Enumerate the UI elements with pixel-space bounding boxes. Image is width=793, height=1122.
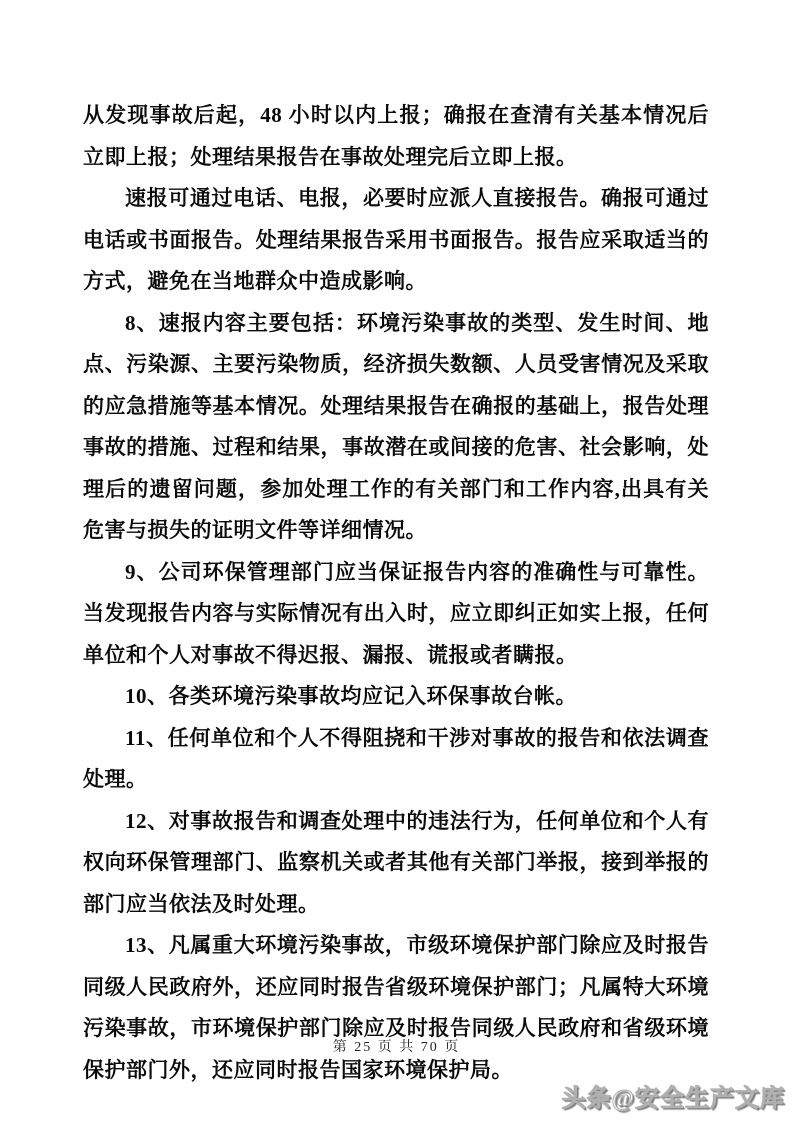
watermark: 头条@安全生产文库 — [562, 1078, 785, 1113]
page-number-footer: 第 25 页 共 70 页 — [0, 1036, 793, 1056]
paragraph-item-10: 10、各类环境污染事故均应记入环保事故台帐。 — [83, 676, 709, 718]
paragraph-item-12: 12、对事故报告和调查处理中的违法行为，任何单位和个人有权向环保管理部门、监察机… — [83, 801, 709, 926]
document-page: 从发现事故后起，48 小时以内上报；确报在查清有关基本情况后立即上报；处理结果报… — [0, 0, 793, 1122]
paragraph-item-9: 9、公司环保管理部门应当保证报告内容的准确性与可靠性。当发现报告内容与实际情况有… — [83, 552, 709, 677]
paragraph-item-11: 11、任何单位和个人不得阻挠和干涉对事故的报告和依法调查处理。 — [83, 718, 709, 801]
paragraph: 速报可通过电话、电报，必要时应派人直接报告。确报可通过电话或书面报告。处理结果报… — [83, 178, 709, 303]
paragraph-continuation: 从发现事故后起，48 小时以内上报；确报在查清有关基本情况后立即上报；处理结果报… — [83, 95, 709, 178]
document-body-text: 从发现事故后起，48 小时以内上报；确报在查清有关基本情况后立即上报；处理结果报… — [83, 95, 709, 1091]
paragraph-item-13: 13、凡属重大环境污染事故，市级环境保护部门除应及时报告同级人民政府外，还应同时… — [83, 925, 709, 1091]
paragraph-item-8: 8、速报内容主要包括：环境污染事故的类型、发生时间、地点、污染源、主要污染物质，… — [83, 303, 709, 552]
